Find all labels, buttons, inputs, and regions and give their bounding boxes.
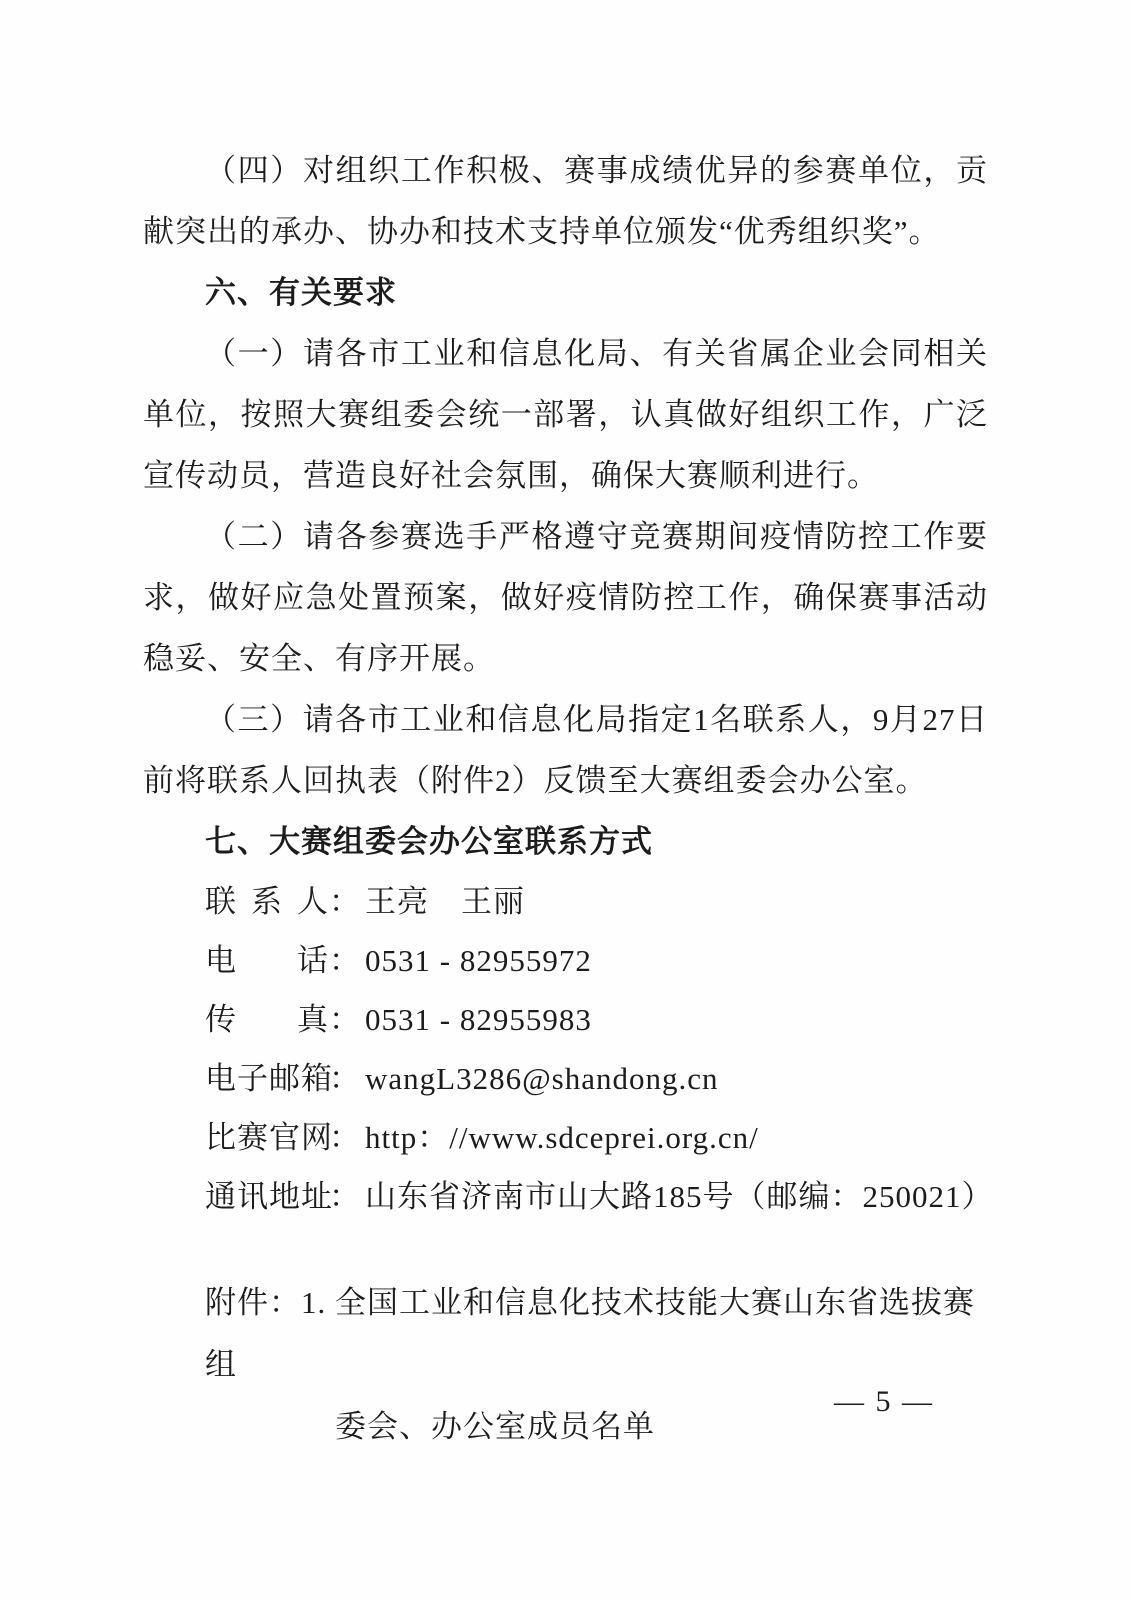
contact-row-phone: 电话：0531 - 82955972	[205, 931, 988, 990]
contact-row-address: 通讯地址：山东省济南市山大路185号（邮编：250021）	[205, 1167, 988, 1226]
contact-colon: ：	[329, 931, 361, 990]
attachment-line-1: 附件：1. 全国工业和信息化技术技能大赛山东省选拔赛组	[205, 1272, 988, 1396]
contact-label-phone: 电话	[205, 931, 329, 990]
contact-row-email: 电子邮箱：wangL3286@shandong.cn	[205, 1049, 988, 1108]
contact-row-person: 联系人：王亮 王丽	[205, 872, 988, 931]
contact-label-fax: 传真	[205, 990, 329, 1049]
heading-section-seven-contact-info: 七、大赛组委会办公室联系方式	[143, 811, 988, 872]
contact-value-fax: 0531 - 82955983	[365, 1002, 592, 1037]
paragraph-requirement-one: （一）请各市工业和信息化局、有关省属企业会同相关单位，按照大赛组委会统一部署，认…	[143, 323, 988, 506]
attachment-note: 附件：1. 全国工业和信息化技术技能大赛山东省选拔赛组 委会、办公室成员名单	[143, 1272, 988, 1458]
contact-label-email: 电子邮箱	[205, 1049, 329, 1108]
paragraph-requirement-two: （二）请各参赛选手严格遵守竞赛期间疫情防控工作要求，做好应急处置预案，做好疫情防…	[143, 506, 988, 689]
contact-value-person: 王亮 王丽	[365, 884, 525, 919]
heading-section-six-requirements: 六、有关要求	[143, 262, 988, 323]
page-number: — 5 —	[834, 1384, 934, 1420]
contact-value-address: 山东省济南市山大路185号（邮编：250021）	[365, 1179, 994, 1214]
contact-label-address: 通讯地址	[205, 1167, 329, 1226]
contact-colon: ：	[329, 990, 361, 1049]
contact-value-phone: 0531 - 82955972	[365, 943, 592, 978]
contact-colon: ：	[329, 1108, 361, 1167]
document-body: （四）对组织工作积极、赛事成绩优异的参赛单位，贡献突出的承办、协办和技术支持单位…	[143, 140, 988, 1458]
contact-colon: ：	[329, 1167, 361, 1226]
contact-label-person: 联系人	[205, 872, 329, 931]
contact-info-list: 联系人：王亮 王丽 电话：0531 - 82955972 传真：0531 - 8…	[143, 872, 988, 1226]
contact-label-website: 比赛官网	[205, 1108, 329, 1167]
contact-value-website: http：//www.sdceprei.org.cn/	[365, 1120, 759, 1155]
contact-colon: ：	[329, 1049, 361, 1108]
document-page: （四）对组织工作积极、赛事成绩优异的参赛单位，贡献突出的承办、协办和技术支持单位…	[0, 0, 1131, 1600]
contact-value-email: wangL3286@shandong.cn	[365, 1061, 718, 1096]
paragraph-award-item-four: （四）对组织工作积极、赛事成绩优异的参赛单位，贡献突出的承办、协办和技术支持单位…	[143, 140, 988, 262]
paragraph-requirement-three: （三）请各市工业和信息化局指定1名联系人，9月27日前将联系人回执表（附件2）反…	[143, 689, 988, 811]
contact-row-fax: 传真：0531 - 82955983	[205, 990, 988, 1049]
contact-row-website: 比赛官网：http：//www.sdceprei.org.cn/	[205, 1108, 988, 1167]
contact-colon: ：	[329, 872, 361, 931]
